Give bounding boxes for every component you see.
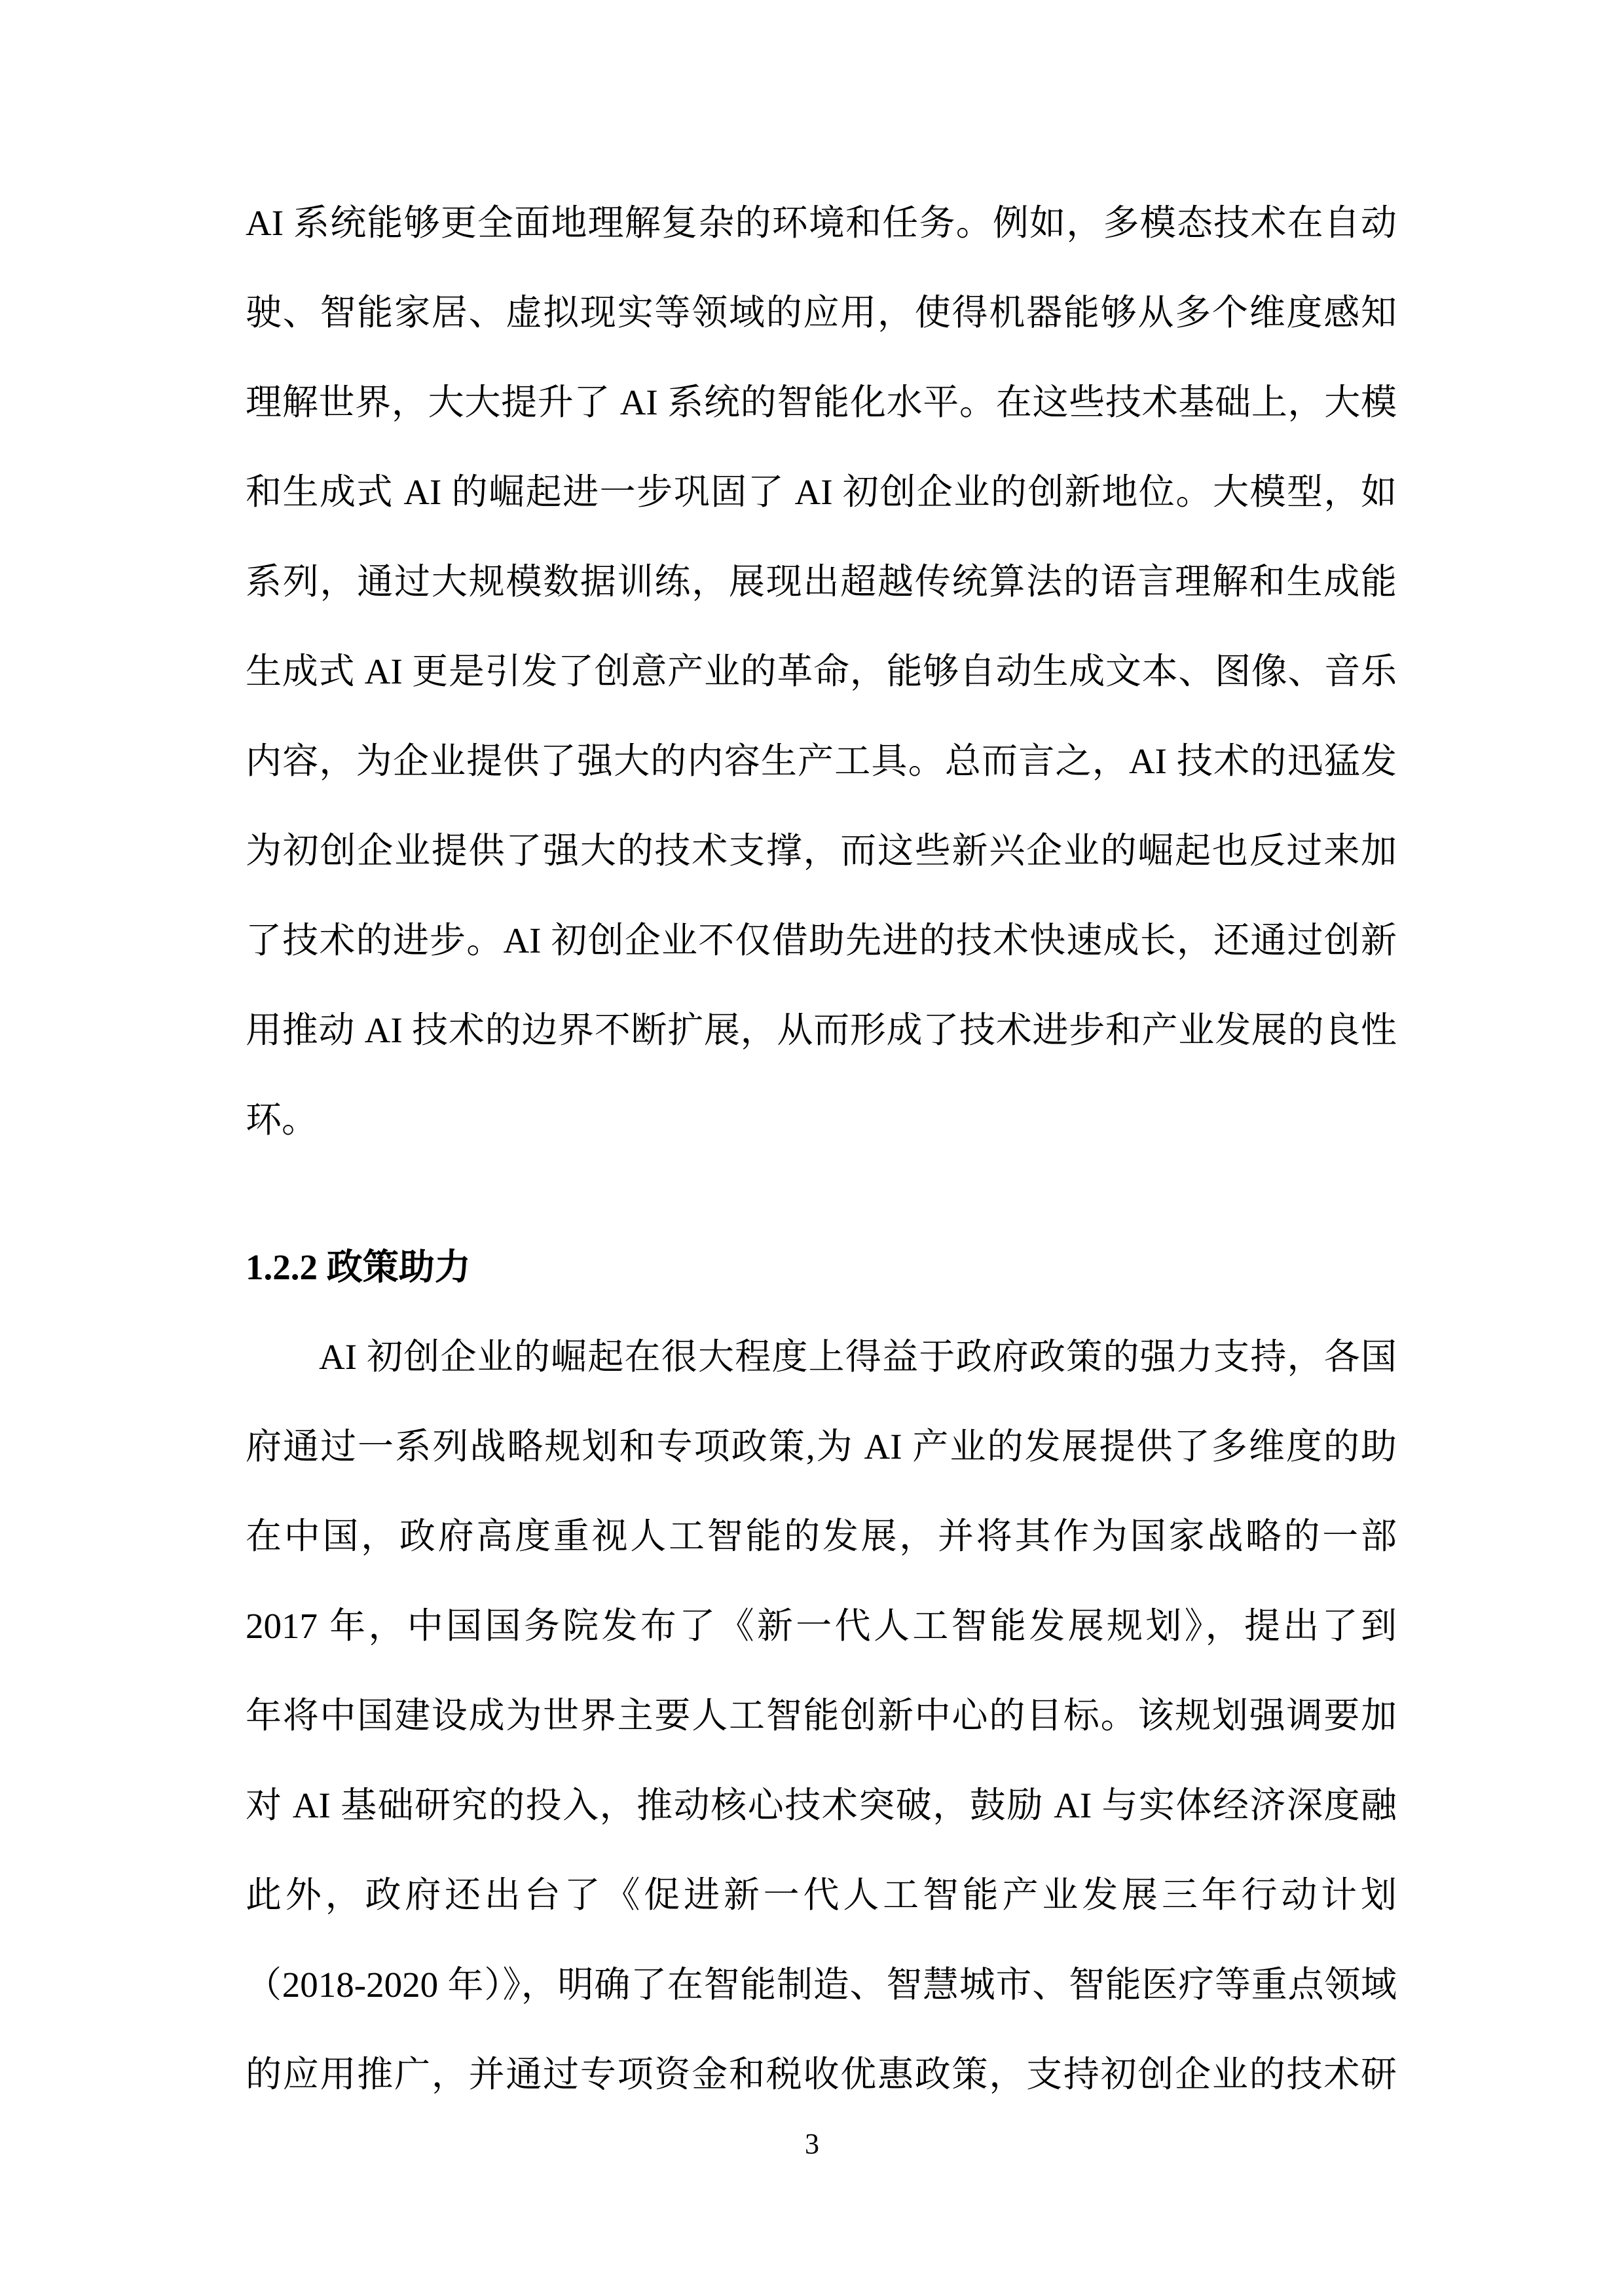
text-line: 2017 年，中国国务院发布了《新一代人工智能发展规划》，提出了到 2030 xyxy=(246,1581,1397,1671)
paragraph-1: AI 系统能够更全面地理解复杂的环境和任务。例如，多模态技术在自动驾 驶、智能家… xyxy=(246,178,1397,1165)
text-line: 系列，通过大规模数据训练，展现出超越传统算法的语言理解和生成能力。 xyxy=(246,537,1397,627)
page-content: AI 系统能够更全面地理解复杂的环境和任务。例如，多模态技术在自动驾 驶、智能家… xyxy=(246,178,1397,2119)
document-page: AI 系统能够更全面地理解复杂的环境和任务。例如，多模态技术在自动驾 驶、智能家… xyxy=(0,0,1624,2296)
section-heading-1-2-2: 1.2.2 政策助力 xyxy=(246,1222,1397,1312)
text-line: 用推动 AI 技术的边界不断扩展，从而形成了技术进步和产业发展的良性循 xyxy=(246,985,1397,1075)
text-line: 对 AI 基础研究的投入，推动核心技术突破，鼓励 AI 与实体经济深度融合。 xyxy=(246,1760,1397,1850)
text-line: 了技术的进步。AI 初创企业不仅借助先进的技术快速成长，还通过创新应 xyxy=(246,896,1397,985)
text-line: 的应用推广，并通过专项资金和税收优惠政策，支持初创企业的技术研发 xyxy=(246,2030,1397,2119)
paragraph-2: AI 初创企业的崛起在很大程度上得益于政府政策的强力支持，各国政 府通过一系列战… xyxy=(246,1312,1397,2119)
text-line: 环。 xyxy=(246,1075,1397,1165)
text-line: 内容，为企业提供了强大的内容生产工具。总而言之，AI 技术的迅猛发展 xyxy=(246,716,1397,806)
text-line: 为初创企业提供了强大的技术支撑，而这些新兴企业的崛起也反过来加速 xyxy=(246,806,1397,896)
text-line: 驶、智能家居、虚拟现实等领域的应用，使得机器能够从多个维度感知和 xyxy=(246,268,1397,357)
text-line: 此外，政府还出台了《促进新一代人工智能产业发展三年行动计划 xyxy=(246,1850,1397,1940)
text-line: 理解世界，大大提升了 AI 系统的智能化水平。在这些技术基础上，大模型 xyxy=(246,357,1397,447)
text-line: 府通过一系列战略规划和专项政策,为 AI 产业的发展提供了多维度的助力。 xyxy=(246,1402,1397,1491)
text-line: （2018-2020 年）》，明确了在智能制造、智慧城市、智能医疗等重点领域 xyxy=(246,1940,1397,2030)
text-line: 和生成式 AI 的崛起进一步巩固了 AI 初创企业的创新地位。大模型，如 GPT xyxy=(246,447,1397,537)
page-number: 3 xyxy=(0,2121,1624,2167)
text-line: 年将中国建设成为世界主要人工智能创新中心的目标。该规划强调要加大 xyxy=(246,1671,1397,1760)
text-line: AI 初创企业的崛起在很大程度上得益于政府政策的强力支持，各国政 xyxy=(246,1312,1397,1402)
text-line: 生成式 AI 更是引发了创意产业的革命，能够自动生成文本、图像、音乐等 xyxy=(246,627,1397,716)
text-line: 在中国，政府高度重视人工智能的发展，并将其作为国家战略的一部分。 xyxy=(246,1491,1397,1581)
text-line: AI 系统能够更全面地理解复杂的环境和任务。例如，多模态技术在自动驾 xyxy=(246,178,1397,268)
